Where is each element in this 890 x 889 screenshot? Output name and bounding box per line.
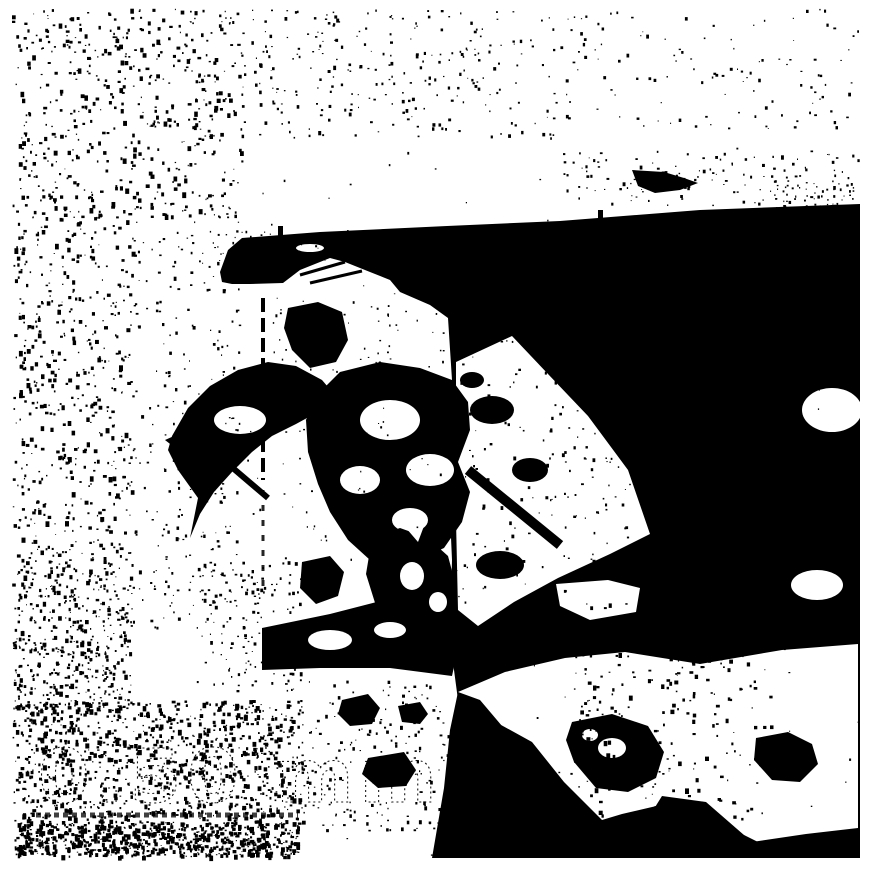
noise-speckle: [260, 386, 261, 387]
noise-speckle: [756, 782, 758, 784]
noise-speckle: [297, 105, 300, 109]
noise-speckle: [284, 493, 286, 494]
noise-speckle: [75, 680, 78, 683]
noise-speckle: [43, 765, 47, 770]
noise-speckle: [206, 771, 208, 774]
noise-speckle: [18, 67, 19, 68]
noise-speckle: [41, 806, 43, 808]
noise-speckle: [82, 106, 85, 109]
noise-speckle: [87, 850, 88, 851]
noise-speckle: [102, 796, 103, 798]
noise-speckle: [475, 85, 478, 88]
noise-speckle: [53, 625, 56, 629]
noise-speckle: [775, 198, 777, 200]
noise-speckle: [133, 717, 136, 720]
noise-speckle: [188, 782, 190, 784]
noise-speckle: [361, 728, 362, 729]
noise-speckle: [258, 732, 260, 734]
noise-speckle: [43, 107, 47, 110]
noise-speckle: [411, 489, 413, 491]
noise-speckle: [93, 732, 96, 736]
noise-speckle: [106, 85, 110, 89]
noise-speckle: [180, 845, 182, 848]
noise-speckle: [198, 399, 199, 401]
noise-speckle: [239, 747, 240, 748]
noise-speckle: [228, 816, 232, 822]
noise-speckle: [211, 549, 213, 550]
noise-speckle: [266, 795, 268, 796]
noise-speckle: [198, 831, 200, 832]
noise-speckle: [377, 812, 378, 814]
noise-speckle: [240, 717, 243, 719]
noise-speckle: [118, 697, 122, 700]
noise-speckle: [62, 405, 65, 410]
noise-speckle: [42, 817, 44, 819]
noise-speckle: [48, 595, 50, 597]
noise-speckle: [96, 832, 98, 833]
noise-speckle: [156, 740, 159, 744]
noise-speckle: [29, 557, 32, 559]
noise-speckle: [221, 472, 223, 474]
noise-speckle: [392, 18, 393, 19]
noise-speckle: [82, 702, 85, 705]
noise-speckle: [264, 638, 267, 640]
noise-speckle: [640, 742, 642, 744]
noise-speckle: [50, 295, 51, 297]
noise-speckle: [184, 401, 187, 405]
noise-speckle: [303, 236, 305, 238]
noise-speckle: [271, 10, 273, 12]
noise-speckle: [404, 687, 406, 689]
noise-speckle: [101, 360, 103, 361]
noise-speckle: [24, 824, 27, 827]
noise-speckle: [91, 197, 94, 199]
noise-speckle: [14, 608, 16, 610]
noise-speckle: [758, 635, 762, 637]
noise-speckle: [229, 806, 233, 809]
noise-speckle: [61, 646, 63, 648]
noise-speckle: [236, 795, 240, 798]
noise-speckle: [241, 586, 243, 588]
noise-speckle: [132, 564, 134, 567]
noise-speckle: [210, 115, 213, 118]
noise-speckle: [257, 588, 260, 591]
noise-speckle: [156, 310, 158, 312]
noise-speckle: [110, 844, 112, 846]
noise-speckle: [82, 843, 83, 845]
noise-speckle: [232, 321, 234, 323]
noise-speckle: [757, 746, 759, 749]
noise-speckle: [420, 66, 422, 69]
noise-speckle: [178, 246, 179, 247]
noise-speckle: [702, 157, 705, 159]
noise-speckle: [75, 79, 77, 80]
noise-speckle: [78, 782, 79, 783]
noise-speckle: [113, 786, 115, 789]
noise-speckle: [667, 205, 668, 206]
noise-speckle: [128, 357, 129, 358]
noise-speckle: [309, 128, 310, 129]
noise-speckle: [32, 809, 36, 812]
noise-speckle: [94, 699, 95, 701]
noise-speckle: [316, 398, 318, 400]
noise-speckle: [92, 675, 94, 677]
noise-speckle: [93, 589, 94, 591]
noise-speckle: [244, 121, 246, 123]
noise-speckle: [213, 815, 214, 816]
noise-speckle: [103, 832, 104, 834]
noise-speckle: [143, 158, 145, 160]
noise-speckle: [604, 607, 607, 609]
noise-speckle: [51, 384, 54, 388]
noise-speckle: [429, 686, 431, 690]
noise-speckle: [747, 662, 750, 666]
noise-speckle: [135, 391, 137, 393]
noise-speckle: [94, 753, 97, 758]
noise-speckle: [202, 263, 203, 264]
noise-speckle: [735, 608, 736, 609]
noise-speckle: [163, 715, 166, 718]
noise-speckle: [733, 191, 735, 193]
noise-speckle: [22, 99, 25, 104]
noise-speckle: [114, 730, 117, 732]
noise-speckle: [379, 340, 381, 341]
noise-speckle: [254, 642, 257, 645]
noise-speckle: [198, 568, 201, 571]
noise-speckle: [78, 835, 82, 838]
noise-speckle: [264, 826, 266, 828]
noise-speckle: [209, 803, 212, 806]
noise-speckle: [27, 525, 30, 527]
noise-speckle: [634, 179, 636, 180]
noise-speckle: [110, 573, 112, 576]
noise-speckle: [54, 523, 55, 524]
noise-speckle: [383, 774, 386, 776]
noise-speckle: [55, 627, 57, 629]
noise-speckle: [795, 176, 798, 178]
noise-speckle: [168, 828, 171, 832]
noise-speckle: [167, 836, 170, 838]
noise-speckle: [276, 791, 278, 792]
noise-speckle: [65, 135, 67, 137]
noise-speckle: [340, 741, 343, 744]
noise-speckle: [22, 649, 25, 651]
noise-speckle: [129, 485, 130, 487]
noise-speckle: [257, 715, 260, 720]
noise-speckle: [183, 740, 185, 742]
noise-speckle: [130, 848, 131, 849]
noise-speckle: [162, 323, 164, 326]
noise-speckle: [16, 357, 17, 359]
noise-speckle: [636, 78, 638, 80]
noise-speckle: [152, 443, 153, 444]
noise-speckle: [714, 694, 715, 695]
noise-speckle: [68, 151, 71, 155]
noise-speckle: [24, 835, 27, 838]
noise-speckle: [763, 176, 764, 177]
noise-speckle: [72, 492, 76, 497]
noise-speckle: [41, 227, 43, 228]
noise-speckle: [578, 197, 580, 199]
noise-speckle: [148, 727, 150, 729]
noise-speckle: [371, 804, 374, 807]
noise-speckle: [762, 164, 765, 167]
noise-speckle: [410, 82, 412, 84]
noise-speckle: [253, 844, 255, 846]
noise-speckle: [444, 445, 446, 447]
noise-speckle: [232, 21, 234, 24]
noise-speckle: [355, 434, 357, 436]
noise-speckle: [65, 600, 67, 602]
noise-speckle: [375, 69, 377, 71]
noise-speckle: [221, 400, 222, 401]
noise-speckle: [52, 548, 54, 550]
noise-speckle: [233, 850, 237, 853]
noise-speckle: [284, 423, 286, 426]
noise-speckle: [707, 823, 709, 824]
noise-speckle: [199, 845, 201, 847]
noise-speckle: [838, 183, 839, 185]
noise-speckle: [92, 854, 93, 856]
noise-speckle: [182, 839, 184, 841]
noise-speckle: [234, 820, 236, 823]
noise-speckle: [87, 771, 90, 775]
noise-speckle: [168, 716, 169, 717]
noise-speckle: [574, 761, 576, 763]
noise-speckle: [225, 830, 227, 832]
noise-speckle: [480, 379, 482, 382]
noise-speckle: [19, 162, 23, 167]
noise-speckle: [103, 670, 104, 671]
noise-speckle: [51, 831, 54, 835]
noise-speckle: [312, 747, 313, 749]
noise-speckle: [28, 488, 30, 490]
noise-speckle: [75, 700, 77, 701]
noise-speckle: [166, 524, 168, 526]
noise-speckle: [404, 705, 406, 706]
noise-speckle: [108, 777, 110, 779]
noise-speckle: [242, 580, 244, 582]
noise-speckle: [390, 41, 393, 43]
noise-speckle: [42, 823, 46, 826]
noise-speckle: [214, 835, 215, 836]
noise-speckle: [30, 151, 32, 154]
noise-speckle: [786, 64, 788, 65]
noise-speckle: [236, 540, 239, 543]
noise-speckle: [22, 438, 24, 440]
noise-speckle: [116, 611, 118, 613]
noise-speckle: [355, 740, 356, 741]
noise-speckle: [29, 743, 31, 745]
noise-speckle: [226, 601, 227, 602]
noise-speckle: [107, 715, 110, 717]
noise-speckle: [95, 670, 98, 673]
noise-speckle: [127, 819, 130, 822]
noise-speckle: [67, 729, 71, 732]
noise-speckle: [88, 725, 90, 727]
noise-speckle: [273, 754, 275, 756]
noise-speckle: [174, 751, 176, 753]
noise-speckle: [48, 148, 50, 150]
noise-speckle: [72, 530, 73, 532]
noise-speckle: [786, 201, 788, 202]
noise-speckle: [178, 515, 180, 518]
noise-speckle: [196, 771, 198, 774]
noise-speckle: [230, 44, 233, 46]
noise-speckle: [711, 692, 713, 694]
noise-speckle: [324, 794, 326, 795]
noise-speckle: [611, 458, 613, 460]
noise-speckle: [165, 406, 168, 408]
noise-speckle: [285, 716, 286, 717]
noise-speckle: [261, 234, 263, 236]
noise-speckle: [172, 701, 176, 704]
noise-speckle: [241, 843, 245, 847]
noise-speckle: [83, 811, 85, 813]
noise-speckle: [56, 662, 58, 664]
noise-speckle: [657, 168, 660, 170]
noise-speckle: [36, 326, 38, 328]
noise-speckle: [231, 844, 233, 846]
noise-speckle: [712, 205, 714, 206]
noise-speckle: [392, 124, 394, 126]
noise-speckle: [143, 788, 146, 790]
noise-speckle: [73, 621, 77, 624]
noise-speckle: [74, 818, 78, 824]
noise-speckle: [380, 257, 382, 259]
noise-speckle: [92, 415, 95, 417]
noise-speckle: [753, 90, 754, 92]
noise-speckle: [68, 175, 72, 178]
noise-speckle: [111, 543, 113, 546]
noise-speckle: [213, 779, 214, 780]
noise-speckle: [251, 41, 254, 45]
noise-speckle: [684, 656, 687, 659]
noise-speckle: [71, 476, 74, 480]
noise-speckle: [261, 617, 262, 619]
noise-speckle: [389, 723, 391, 726]
noise-speckle: [113, 691, 115, 693]
noise-speckle: [501, 506, 504, 510]
noise-speckle: [625, 526, 628, 529]
noise-speckle: [125, 189, 129, 194]
noise-speckle: [74, 320, 76, 322]
noise-speckle: [296, 809, 300, 813]
noise-speckle: [190, 21, 192, 22]
noise-speckle: [189, 589, 191, 591]
noise-speckle: [213, 343, 216, 346]
noise-speckle: [157, 831, 158, 832]
noise-speckle: [423, 801, 426, 805]
noise-speckle: [193, 745, 196, 748]
noise-speckle: [189, 613, 190, 615]
noise-speckle: [46, 217, 49, 221]
noise-speckle: [564, 555, 566, 557]
noise-speckle: [532, 46, 534, 48]
noise-speckle: [139, 821, 141, 824]
noise-speckle: [146, 821, 148, 823]
noise-speckle: [291, 689, 293, 691]
noise-speckle: [596, 767, 597, 768]
noise-speckle: [783, 190, 785, 192]
noise-speckle: [126, 328, 130, 332]
noise-speckle: [320, 114, 323, 116]
noise-speckle: [287, 637, 289, 638]
noise-speckle: [90, 843, 92, 845]
noise-speckle: [322, 423, 323, 424]
noise-speckle: [156, 96, 159, 100]
noise-speckle: [56, 805, 58, 807]
noise-speckle: [73, 233, 76, 236]
noise-speckle: [157, 121, 158, 123]
noise-speckle: [78, 597, 80, 598]
noise-speckle: [594, 433, 595, 435]
noise-speckle: [236, 766, 238, 768]
noise-speckle: [40, 828, 43, 830]
noise-speckle: [119, 498, 121, 500]
noise-speckle: [275, 709, 277, 711]
noise-speckle: [344, 314, 346, 316]
noise-speckle: [104, 672, 106, 676]
noise-speckle: [93, 470, 95, 472]
noise-speckle: [773, 168, 776, 170]
noise-speckle: [82, 605, 84, 607]
noise-speckle: [259, 134, 261, 136]
noise-speckle: [827, 355, 829, 356]
noise-speckle: [192, 769, 194, 771]
noise-speckle: [247, 846, 249, 847]
noise-speckle: [605, 458, 607, 459]
noise-speckle: [443, 332, 445, 334]
noise-speckle: [75, 569, 77, 572]
noise-speckle: [135, 303, 137, 305]
noise-speckle: [162, 535, 164, 537]
noise-speckle: [39, 316, 41, 318]
noise-speckle: [437, 544, 439, 546]
head-hole: [400, 562, 424, 590]
noise-speckle: [172, 181, 174, 183]
noise-speckle: [237, 252, 239, 255]
noise-speckle: [75, 298, 77, 301]
noise-speckle: [28, 833, 30, 836]
noise-speckle: [412, 98, 415, 101]
noise-speckle: [118, 830, 122, 834]
noise-speckle: [27, 378, 30, 381]
noise-speckle: [155, 798, 157, 801]
noise-speckle: [23, 322, 25, 324]
noise-speckle: [50, 263, 53, 265]
noise-speckle: [75, 458, 77, 459]
noise-speckle: [21, 851, 24, 855]
noise-speckle: [78, 626, 80, 628]
noise-speckle: [75, 840, 76, 841]
noise-speckle: [70, 612, 71, 613]
noise-speckle: [122, 607, 125, 611]
noise-speckle: [259, 845, 262, 847]
noise-speckle: [203, 532, 204, 533]
noise-speckle: [230, 17, 231, 19]
noise-speckle: [159, 745, 162, 748]
noise-speckle: [173, 777, 176, 780]
noise-speckle: [128, 213, 132, 215]
noise-speckle: [14, 334, 17, 337]
noise-speckle: [124, 634, 127, 637]
noise-speckle: [559, 413, 562, 416]
noise-speckle: [182, 141, 183, 142]
noise-speckle: [31, 838, 34, 840]
noise-speckle: [270, 76, 272, 79]
noise-speckle: [22, 798, 25, 801]
